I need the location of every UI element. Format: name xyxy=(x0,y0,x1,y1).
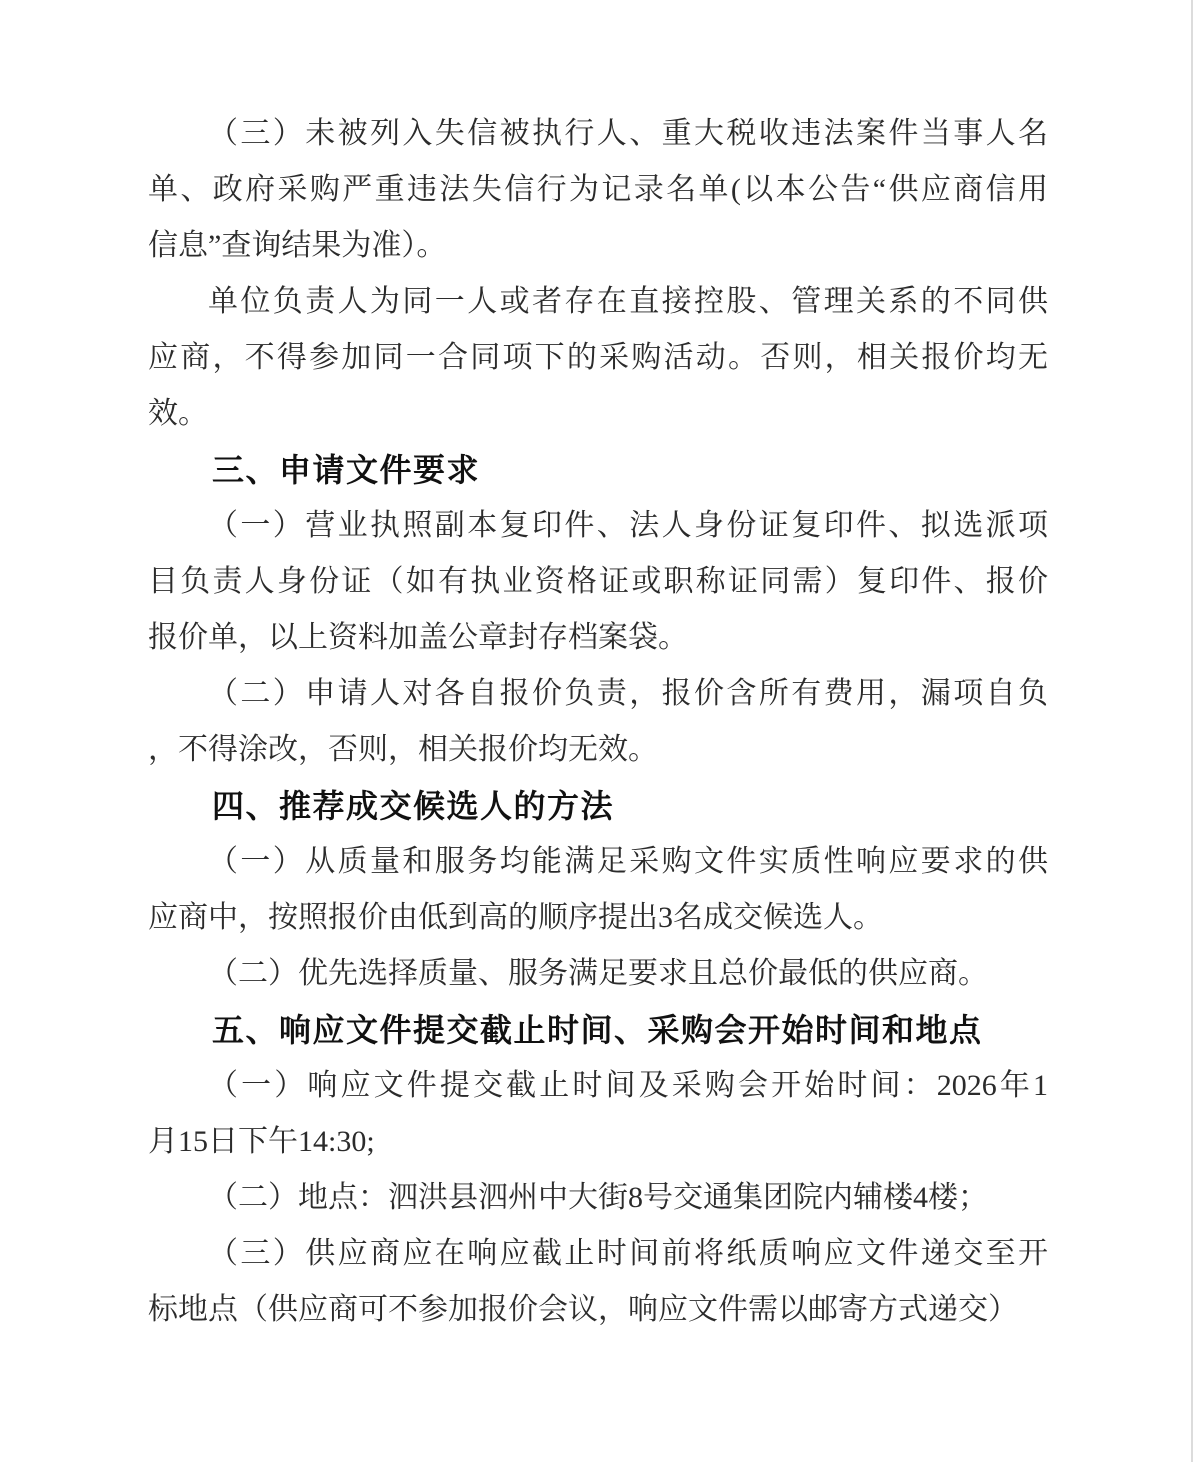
text-line: ，不得涂改，否则，相关报价均无效。 xyxy=(148,722,1048,778)
section-heading-text: 五、响应文件提交截止时间、采购会开始时间和地点 xyxy=(148,1002,1048,1058)
section-heading: 四、推荐成交候选人的方法 xyxy=(148,778,1048,834)
paragraph: （一）营业执照副本复印件、法人身份证复印件、拟选派项目负责人身份证（如有执业资格… xyxy=(148,498,1048,666)
paragraph: （三）供应商应在响应截止时间前将纸质响应文件递交至开标地点（供应商可不参加报价会… xyxy=(148,1226,1048,1338)
text-line: （三）供应商应在响应截止时间前将纸质响应文件递交至开 xyxy=(148,1226,1048,1282)
paragraph: （二）优先选择质量、服务满足要求且总价最低的供应商。 xyxy=(148,946,1048,1002)
paragraph: （一）响应文件提交截止时间及采购会开始时间：2026年1月15日下午14:30; xyxy=(148,1058,1048,1170)
text-line: （一）从质量和服务均能满足采购文件实质性响应要求的供 xyxy=(148,834,1048,890)
paragraph: （二）申请人对各自报价负责，报价含所有费用，漏项自负，不得涂改，否则，相关报价均… xyxy=(148,666,1048,778)
text-line: （三）未被列入失信被执行人、重大税收违法案件当事人名 xyxy=(148,106,1048,162)
text-line: 单、政府采购严重违法失信行为记录名单(以本公告“供应商信用 xyxy=(148,162,1048,218)
text-line: 目负责人身份证（如有执业资格证或职称证同需）复印件、报价 xyxy=(148,554,1048,610)
paragraph: （一）从质量和服务均能满足采购文件实质性响应要求的供应商中，按照报价由低到高的顺… xyxy=(148,834,1048,946)
document-body: （三）未被列入失信被执行人、重大税收违法案件当事人名单、政府采购严重违法失信行为… xyxy=(148,106,1048,1338)
text-line: 应商中，按照报价由低到高的顺序提出3名成交候选人。 xyxy=(148,890,1048,946)
text-line: 单位负责人为同一人或者存在直接控股、管理关系的不同供 xyxy=(148,274,1048,330)
section-heading: 三、申请文件要求 xyxy=(148,442,1048,498)
section-heading-text: 四、推荐成交候选人的方法 xyxy=(148,778,1048,834)
paragraph: （三）未被列入失信被执行人、重大税收违法案件当事人名单、政府采购严重违法失信行为… xyxy=(148,106,1048,274)
text-line: 月15日下午14:30; xyxy=(148,1114,1048,1170)
text-line: （一）营业执照副本复印件、法人身份证复印件、拟选派项 xyxy=(148,498,1048,554)
text-line: （二）申请人对各自报价负责，报价含所有费用，漏项自负 xyxy=(148,666,1048,722)
paragraph: 单位负责人为同一人或者存在直接控股、管理关系的不同供应商，不得参加同一合同项下的… xyxy=(148,274,1048,442)
text-line: （二）优先选择质量、服务满足要求且总价最低的供应商。 xyxy=(148,946,1048,1002)
text-line: 信息”查询结果为准）。 xyxy=(148,218,1048,274)
page-edge-line xyxy=(1191,0,1193,1462)
text-line: （二）地点：泗洪县泗州中大街8号交通集团院内辅楼4楼； xyxy=(148,1170,1048,1226)
paragraph: （二）地点：泗洪县泗州中大街8号交通集团院内辅楼4楼； xyxy=(148,1170,1048,1226)
text-line: 应商，不得参加同一合同项下的采购活动。否则，相关报价均无 xyxy=(148,330,1048,386)
text-line: 效。 xyxy=(148,386,1048,442)
text-line: 报价单，以上资料加盖公章封存档案袋。 xyxy=(148,610,1048,666)
text-line: 标地点（供应商可不参加报价会议，响应文件需以邮寄方式递交） xyxy=(148,1282,1048,1338)
text-line: （一）响应文件提交截止时间及采购会开始时间：2026年1 xyxy=(148,1058,1048,1114)
section-heading-text: 三、申请文件要求 xyxy=(148,442,1048,498)
document-page: （三）未被列入失信被执行人、重大税收违法案件当事人名单、政府采购严重违法失信行为… xyxy=(0,0,1200,1462)
section-heading: 五、响应文件提交截止时间、采购会开始时间和地点 xyxy=(148,1002,1048,1058)
